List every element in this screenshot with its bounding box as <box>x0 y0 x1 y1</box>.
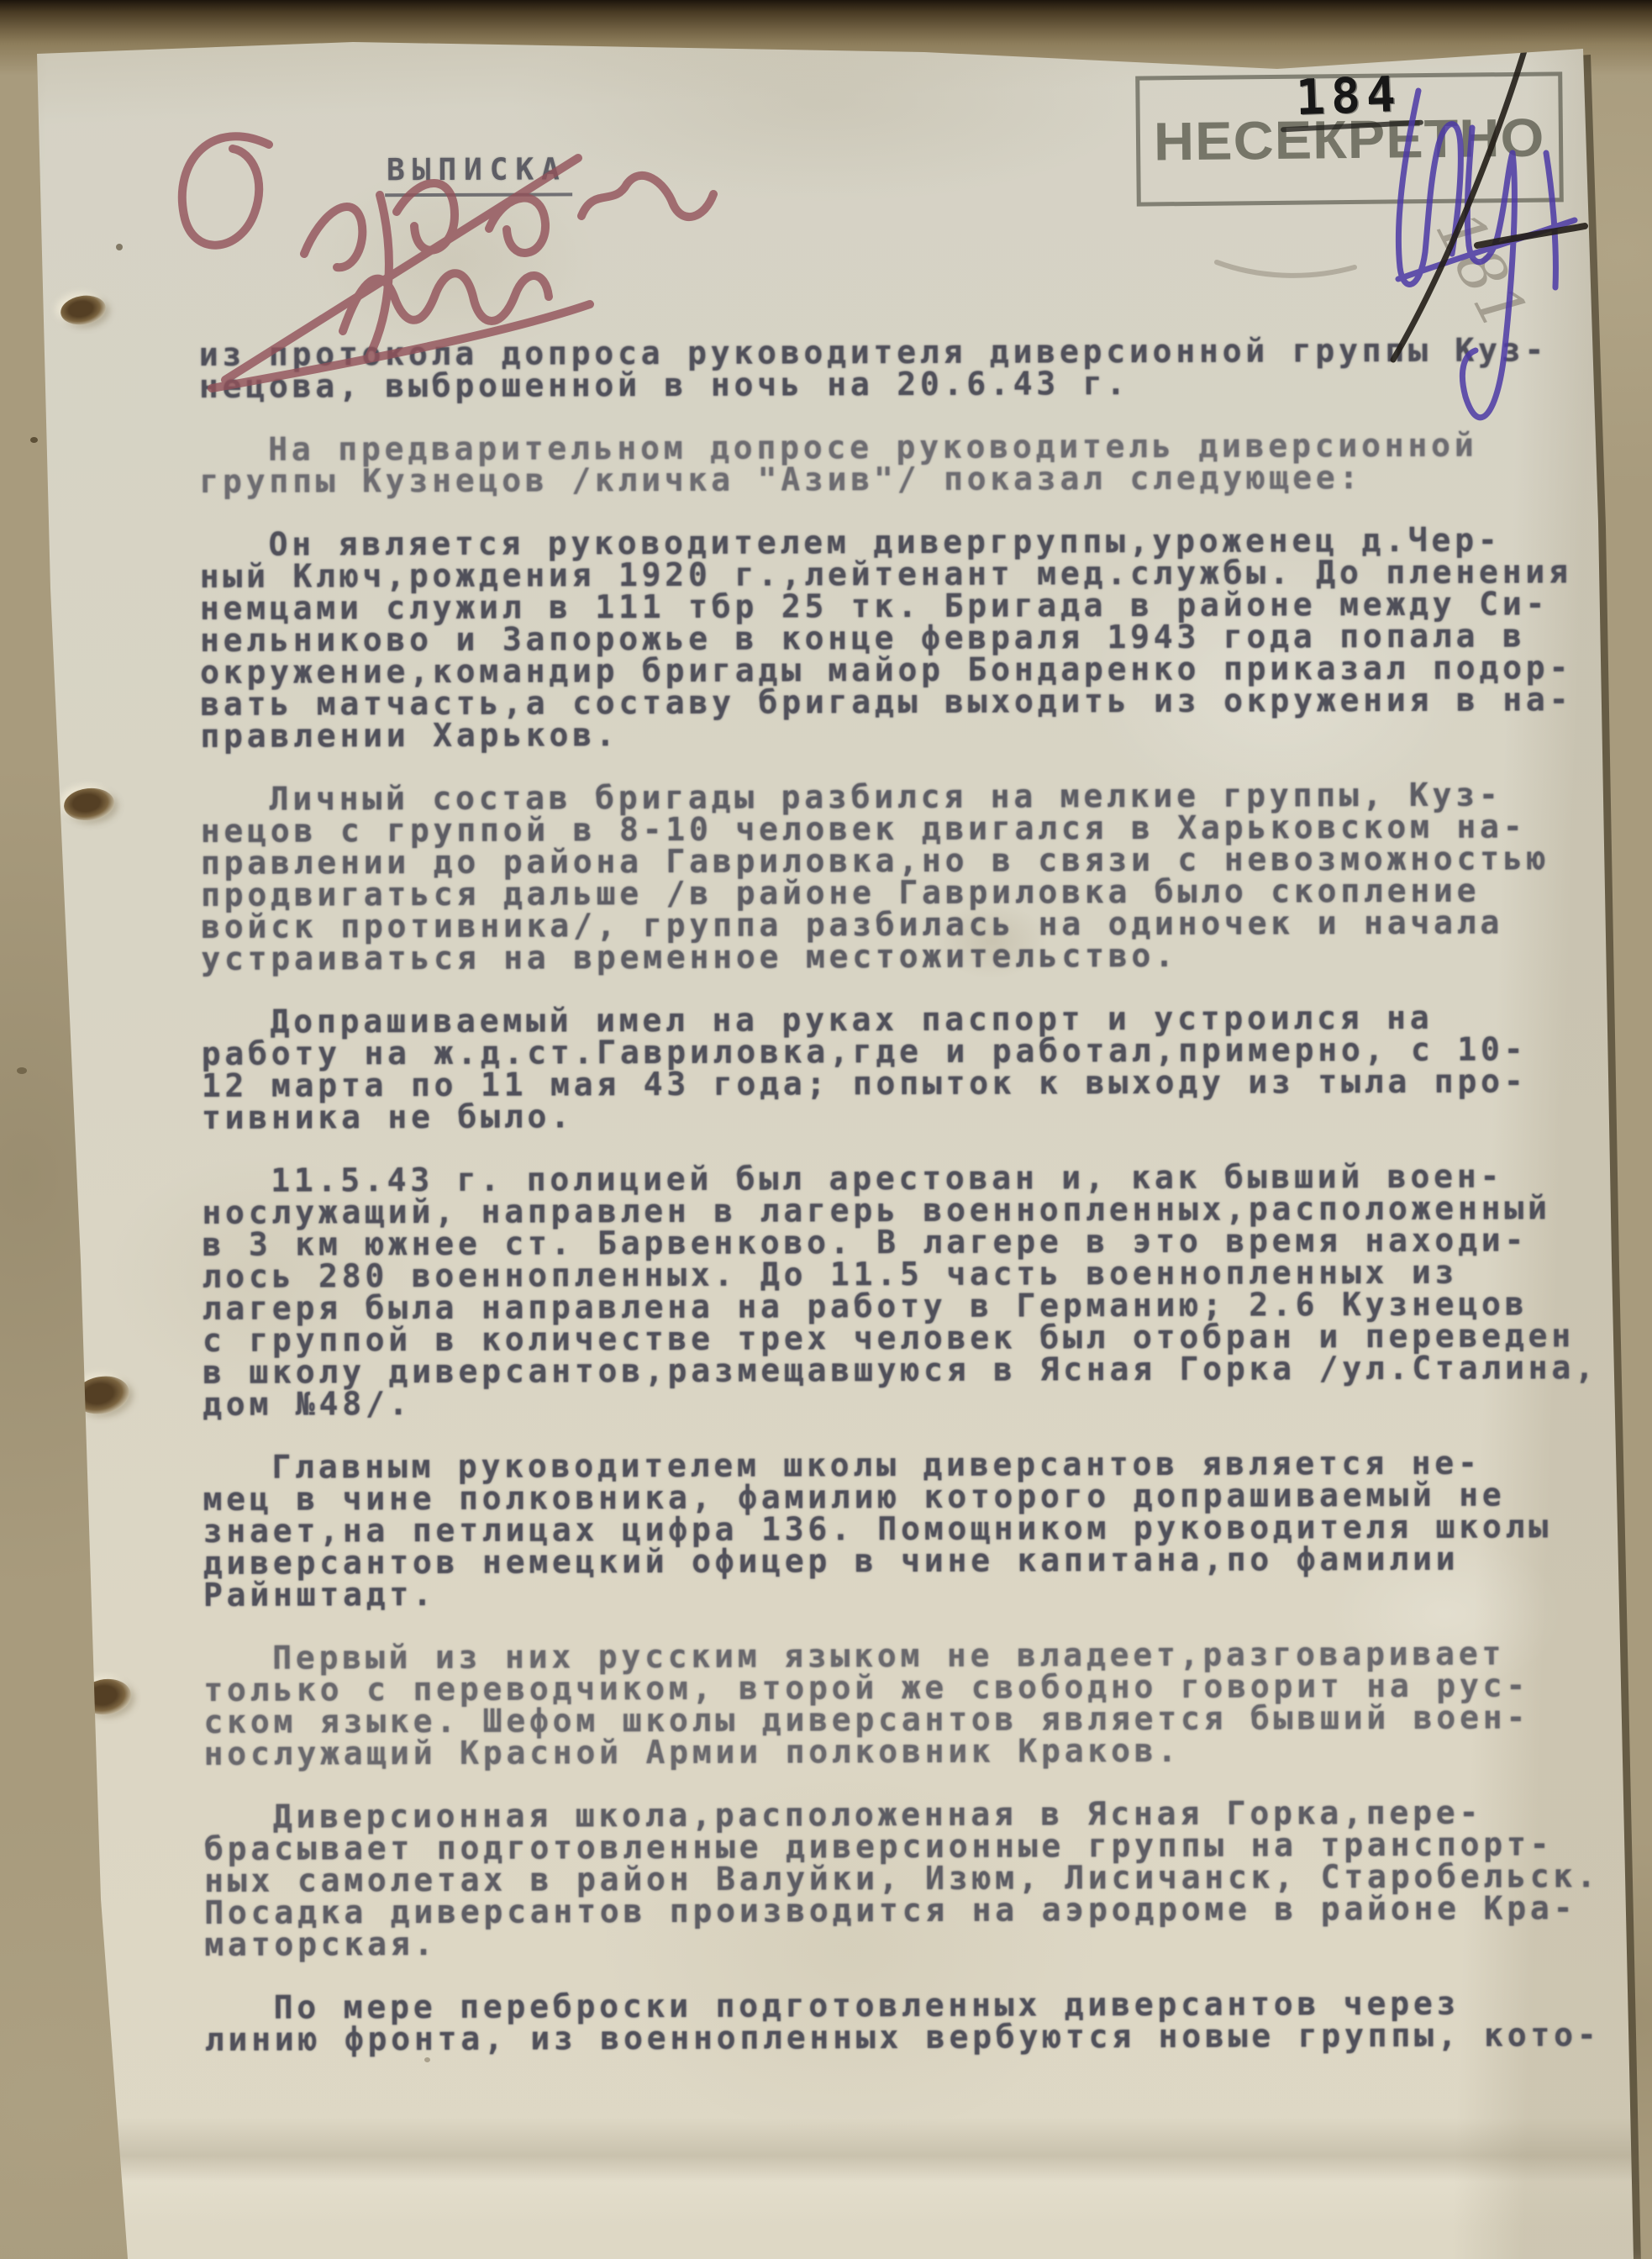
paper-speck <box>116 244 123 250</box>
punch-hole <box>62 786 116 823</box>
paragraph: Диверсионная школа,расположенная в Ясная… <box>204 1796 1638 1961</box>
paragraph: Главным руководителем школы диверсантов … <box>203 1446 1636 1611</box>
typewritten-content: ВЫПИСКА из протокола допроса руководител… <box>198 149 1638 2087</box>
paragraph: из протокола допроса руководителя диверс… <box>199 334 1632 403</box>
paragraph: На предварительном допросе руководитель … <box>199 429 1632 498</box>
paragraph: Первый из них русским языком не владеет,… <box>203 1637 1637 1770</box>
page-number-stamp: 184 <box>1295 66 1402 126</box>
cardboard-speck <box>30 437 38 443</box>
paragraph: Личный состав бригады разбился на мелкие… <box>201 778 1634 975</box>
document-title: ВЫПИСКА <box>385 152 572 197</box>
scanned-document: ВЫПИСКА из протокола допроса руководител… <box>0 0 1652 2259</box>
paragraph: Он является руководителем дивергруппы,ур… <box>200 524 1634 752</box>
document-body: из протокола допроса руководителя диверс… <box>199 334 1638 2056</box>
paragraph: По мере переброски подготовленных диверс… <box>205 1987 1638 2056</box>
cardboard-speck <box>17 1067 27 1074</box>
paragraph: 11.5.43 г. полицией был арестован и, как… <box>202 1160 1635 1420</box>
punch-hole <box>59 292 108 328</box>
paragraph: Допрашиваемый имел на руках паспорт и ус… <box>202 1001 1635 1134</box>
document-page: ВЫПИСКА из протокола допроса руководител… <box>0 0 1652 2259</box>
